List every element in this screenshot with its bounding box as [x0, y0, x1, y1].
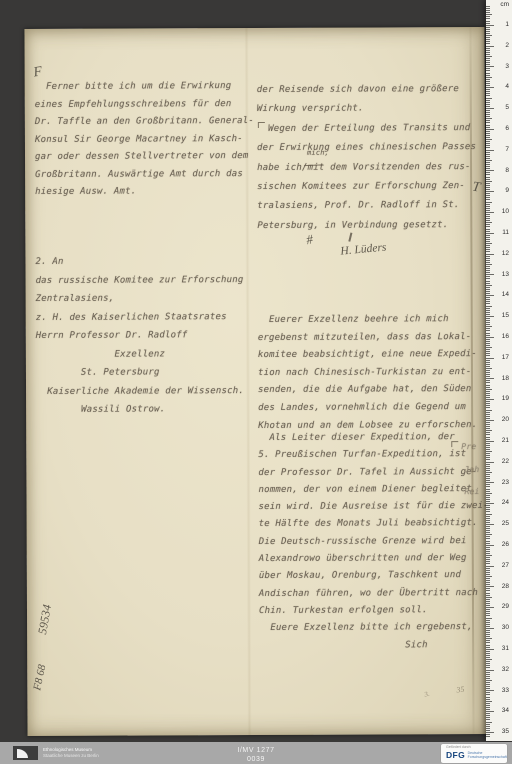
ruler-number: 30 — [502, 625, 509, 631]
ruler-number: 9 — [505, 188, 509, 194]
ruler-number: 8 — [505, 168, 509, 174]
ruler-number: 16 — [502, 334, 509, 340]
museum-name-block: Ethnologisches MuseumStaatliche Museen z… — [43, 747, 99, 760]
ruler-number: 33 — [502, 688, 509, 694]
ruler-number: 21 — [502, 438, 509, 444]
museum-subtitle: Staatliche Museen zu Berlin — [43, 753, 99, 758]
pencil-corner-mark-edge — [451, 441, 458, 447]
funder-logo: Gefördert durch DFG Deutsche Forschungsg… — [441, 744, 507, 763]
paragraph-new-expedition: Euerer Exzellenz beehre ich mich ergeben… — [258, 311, 478, 435]
edge-fragment-1: Pre — [461, 442, 476, 451]
funder-name: Deutsche Forschungsgemeinschaft — [468, 751, 507, 759]
ruler-number: 26 — [502, 542, 509, 548]
document-scan: F Ferner bitte ich um die Erwirkung eine… — [24, 27, 487, 736]
ruler-number: 1 — [505, 22, 509, 28]
paragraph-transit-pass: der Reisende sich davon eine größere Wir… — [257, 80, 477, 236]
ruler-number: 13 — [502, 272, 509, 278]
ruler-number: 7 — [505, 147, 509, 153]
ruler-number: 5 — [505, 105, 509, 111]
ruler-number: 27 — [502, 563, 509, 569]
shelfmark: I/MV 1277 — [237, 747, 274, 754]
ruler-number: 25 — [502, 521, 509, 527]
typed-insertion-mich: mich, — [307, 149, 329, 157]
edge-fragment-2: Jah — [464, 465, 479, 474]
ruler-number: 3 — [505, 64, 509, 70]
ruler-number: 28 — [502, 584, 509, 590]
ruler-number: 20 — [502, 417, 509, 423]
ruler-number: 22 — [502, 459, 509, 465]
closing-lines: Euere Exzellenz bitte ich ergebenst, Sic… — [259, 618, 473, 655]
ruler-number: 11 — [502, 230, 509, 236]
ruler-number: 15 — [502, 313, 509, 319]
ruler-number: 32 — [502, 667, 509, 673]
ruler-number: 31 — [502, 646, 509, 652]
ruler-number: 35 — [502, 729, 509, 735]
ruler-unit-label: cm — [500, 2, 509, 8]
page-number: 0039 — [247, 756, 265, 763]
ruler-number: 23 — [502, 480, 509, 486]
footer-bar: Ethnologisches MuseumStaatliche Museen z… — [0, 742, 512, 764]
ruler-number: 6 — [505, 126, 509, 132]
ruler-number: 24 — [502, 500, 509, 506]
ruler: cm12345678910111213141516171819202122232… — [486, 0, 512, 741]
ruler-number: 4 — [505, 84, 509, 90]
museum-logo-icon — [13, 746, 38, 760]
funding-note: Gefördert durch — [446, 745, 507, 749]
ruler-number: 14 — [502, 292, 509, 298]
paragraph-expedition-leader: Als Leiter dieser Expedition, der 5. Pre… — [258, 429, 489, 620]
ruler-number: 34 — [502, 708, 509, 714]
margin-number-vertical-1: 59534 — [35, 603, 55, 635]
edge-fragment-3: Rei — [464, 487, 479, 496]
pencil-mark-t: T — [471, 179, 481, 196]
museum-name: Ethnologisches Museum — [43, 747, 92, 752]
paragraph-recommendation: Ferner bitte ich um die Erwirkung eines … — [35, 78, 255, 201]
margin-number-vertical-2: F8 68 — [31, 664, 48, 692]
ruler-number: 17 — [502, 355, 509, 361]
ruler-number: 29 — [502, 604, 509, 610]
faint-mark-2: 35 — [456, 685, 465, 695]
ruler-number: 12 — [502, 251, 509, 257]
ruler-number: 19 — [502, 396, 509, 402]
dfg-logo-text: DFG — [446, 750, 465, 760]
ruler-number: 2 — [505, 43, 509, 49]
ruler-number: 10 — [502, 209, 509, 215]
shelfmark-block: I/MV 12770039 — [237, 746, 274, 764]
address-block: 2. An das russische Komitee zur Erforsch… — [35, 252, 244, 419]
ruler-number: 18 — [502, 376, 509, 382]
faint-mark-1: 3. — [424, 690, 431, 699]
signature-lueders: H. Lüders — [340, 241, 387, 257]
